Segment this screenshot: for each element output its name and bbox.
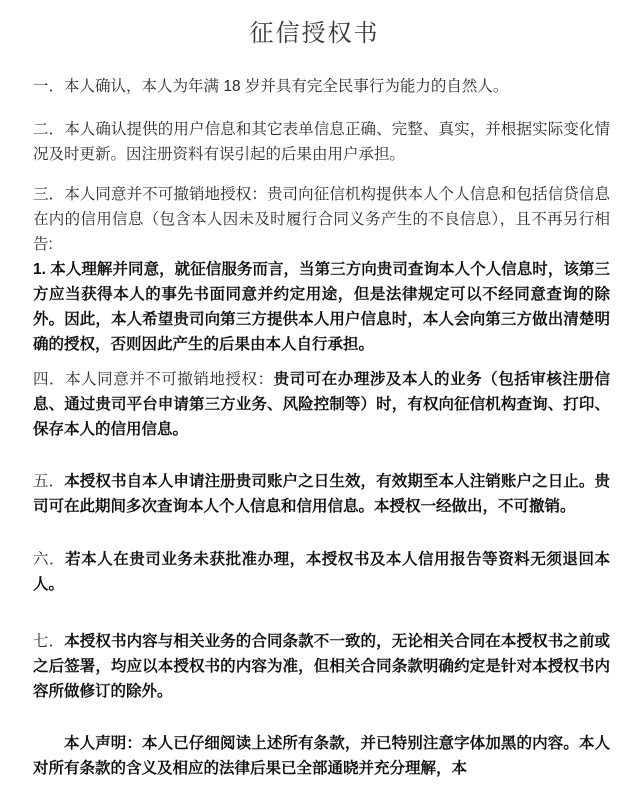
clause-7: 七．本授权书内容与相关业务的合同条款不一致的，无论相关合同在本授权书之前或之后签… (33, 629, 610, 704)
subclause-1-bold-text: 1. 本人理解并同意，就征信服务而言，当第三方向贵司查询本人个人信息时，该第三方… (33, 261, 610, 353)
clause-3-subclause-1: 1. 本人理解并同意，就征信服务而言，当第三方向贵司查询本人个人信息时，该第三方… (33, 257, 610, 357)
clause-5-bold-text: 本授权书自本人申请注册贵司账户之日生效，有效期至本人注销账户之日止。贵司可在此期… (33, 473, 610, 515)
clause-7-bold-text: 本授权书内容与相关业务的合同条款不一致的，无论相关合同在本授权书之前或之后签署，… (33, 633, 610, 700)
declaration-bold-text: 本人声明：本人已仔细阅读上述所有条款，并已特别注意字体加黑的内容。本人对所有条款… (33, 735, 610, 777)
clause-3: 三．本人同意并不可撤销地授权：贵司向征信机构提供本人个人信息和包括信贷信息在内的… (33, 182, 610, 257)
clause-2-text: 本人确认提供的用户信息和其它表单信息正确、完整、真实，并根据实际变化情况及时更新… (33, 121, 610, 163)
clause-4-text: 本人同意并不可撤销地授权： (65, 371, 274, 388)
clause-5-number: 五． (33, 473, 64, 490)
clause-1-number: 一． (33, 78, 64, 95)
clause-1-text: 本人确认，本人为年满 18 岁并具有完全民事行为能力的自然人。 (64, 78, 508, 95)
clause-6-number: 六． (33, 551, 65, 568)
clause-2-number: 二． (33, 121, 64, 138)
clause-6-bold-text: 若本人在贵司业务未获批准办理，本授权书及本人信用报告等资料无须退回本人。 (33, 551, 610, 593)
document-body: 一．本人确认，本人为年满 18 岁并具有完全民事行为能力的自然人。 二．本人确认… (33, 74, 610, 781)
clause-2: 二．本人确认提供的用户信息和其它表单信息正确、完整、真实，并根据实际变化情况及时… (33, 117, 610, 167)
clause-1: 一．本人确认，本人为年满 18 岁并具有完全民事行为能力的自然人。 (33, 74, 610, 99)
clause-3-number: 三． (33, 186, 64, 203)
clause-7-number: 七． (33, 633, 64, 650)
clause-5: 五．本授权书自本人申请注册贵司账户之日生效，有效期至本人注销账户之日止。贵司可在… (33, 469, 610, 519)
document-title: 征信授权书 (33, 18, 596, 50)
clause-3-text: 本人同意并不可撤销地授权：贵司向征信机构提供本人个人信息和包括信贷信息在内的信用… (33, 186, 610, 253)
clause-4-number: 四． (33, 371, 65, 388)
declaration-paragraph: 本人声明：本人已仔细阅读上述所有条款，并已特别注意字体加黑的内容。本人对所有条款… (33, 731, 610, 781)
clause-6: 六．若本人在贵司业务未获批准办理，本授权书及本人信用报告等资料无须退回本人。 (33, 547, 610, 597)
clause-4: 四．本人同意并不可撤销地授权：贵司可在办理涉及本人的业务（包括审核注册信息、通过… (33, 367, 610, 442)
document-page: 征信授权书 一．本人确认，本人为年满 18 岁并具有完全民事行为能力的自然人。 … (0, 0, 629, 800)
